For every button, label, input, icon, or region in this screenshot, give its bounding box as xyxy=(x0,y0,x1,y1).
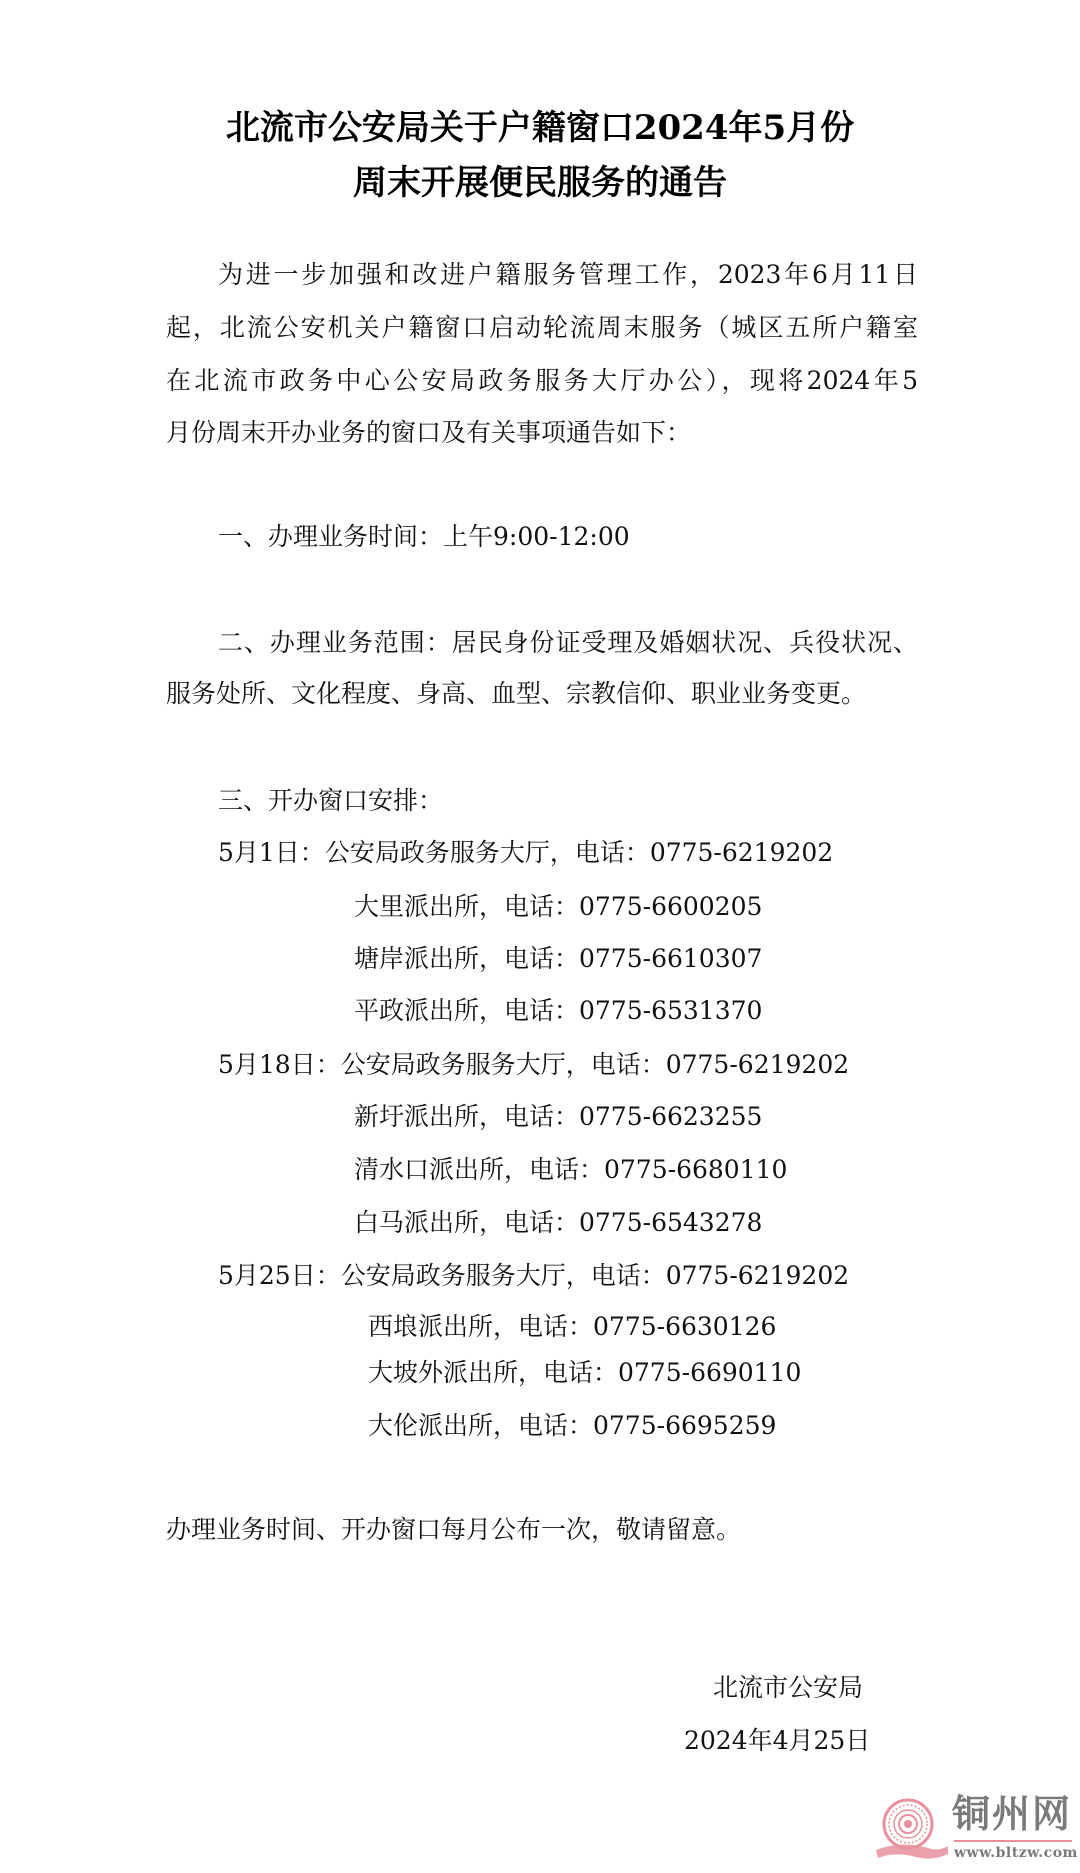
station-xilang: 西埌派出所，电话：0775-6630126 xyxy=(368,1310,776,1344)
notice-title-line-2: 周末开展便民服务的通告 xyxy=(0,163,1080,203)
watermark-divider xyxy=(954,1840,1072,1842)
watermark-site-name: 铜州网 xyxy=(952,1792,1072,1836)
watermark-url: www.bltzw.com xyxy=(954,1844,1078,1862)
section-2-line-1: 二、办理业务范围：居民身份证受理及婚姻状况、兵役状况、 xyxy=(218,626,918,660)
notice-title-line-1: 北流市公安局关于户籍窗口2024年5月份 xyxy=(0,108,1080,148)
station-baima: 白马派出所，电话：0775-6543278 xyxy=(354,1206,762,1240)
intro-line-2: 起，北流公安机关户籍窗口启动轮流周末服务（城区五所户籍室 xyxy=(166,311,918,345)
schedule-may-18-row: 5月18日：公安局政务服务大厅，电话：0775-6219202 xyxy=(218,1048,849,1082)
notice-document: 北流市公安局关于户籍窗口2024年5月份 周末开展便民服务的通告 为进一步加强和… xyxy=(0,0,1080,1873)
station-dalun: 大伦派出所，电话：0775-6695259 xyxy=(368,1409,776,1443)
section-3-heading: 三、开办窗口安排： xyxy=(218,784,443,818)
section-1-business-hours: 一、办理业务时间：上午9:00-12:00 xyxy=(218,520,630,554)
closing-note: 办理业务时间、开办窗口每月公布一次，敬请留意。 xyxy=(166,1513,741,1547)
pink-seal-logo-icon xyxy=(872,1790,952,1870)
station-dapowai: 大坡外派出所，电话：0775-6690110 xyxy=(368,1356,801,1390)
schedule-date: 5月18日： xyxy=(218,1050,341,1079)
schedule-main-hall: 公安局政务服务大厅，电话：0775-6219202 xyxy=(341,1050,849,1079)
site-watermark: 铜州网 www.bltzw.com xyxy=(872,1790,1072,1870)
schedule-may-25-row: 5月25日：公安局政务服务大厅，电话：0775-6219202 xyxy=(218,1259,849,1293)
station-dali: 大里派出所，电话：0775-6600205 xyxy=(354,890,762,924)
schedule-date: 5月1日： xyxy=(218,838,325,867)
signature-issuer: 北流市公安局 xyxy=(713,1671,863,1705)
schedule-may-1-row: 5月1日：公安局政务服务大厅，电话：0775-6219202 xyxy=(218,836,833,870)
schedule-main-hall: 公安局政务服务大厅，电话：0775-6219202 xyxy=(325,838,833,867)
schedule-date: 5月25日： xyxy=(218,1261,341,1290)
station-pingzheng: 平政派出所，电话：0775-6531370 xyxy=(354,994,762,1028)
intro-line-3: 在北流市政务中心公安局政务服务大厅办公），现将2024年5 xyxy=(166,364,918,398)
station-qingshuikou: 清水口派出所，电话：0775-6680110 xyxy=(354,1153,787,1187)
intro-line-1: 为进一步加强和改进户籍服务管理工作，2023年6月11日 xyxy=(218,258,918,292)
station-xinxu: 新圩派出所，电话：0775-6623255 xyxy=(354,1100,762,1134)
station-tangan: 塘岸派出所，电话：0775-6610307 xyxy=(354,942,762,976)
schedule-main-hall: 公安局政务服务大厅，电话：0775-6219202 xyxy=(341,1261,849,1290)
signature-date: 2024年4月25日 xyxy=(684,1724,870,1758)
intro-line-4: 月份周末开办业务的窗口及有关事项通告如下： xyxy=(166,416,691,450)
section-2-line-2: 服务处所、文化程度、身高、血型、宗教信仰、职业业务变更。 xyxy=(166,677,866,711)
